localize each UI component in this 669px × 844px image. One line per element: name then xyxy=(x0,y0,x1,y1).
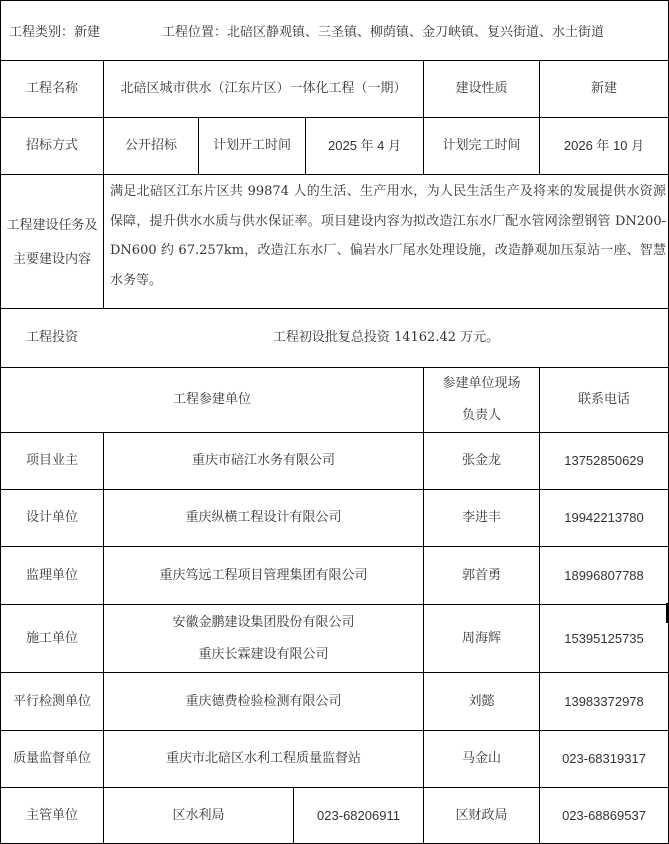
participant-phone: 13983372978 xyxy=(540,673,668,730)
participant-unit: 安徽金鹏建设集团股份有限公司 重庆长霖建设有限公司 xyxy=(104,605,423,672)
construction-nature-label: 建设性质 xyxy=(424,61,539,117)
bidding-method-label: 招标方式 xyxy=(1,118,103,174)
participant-phone: 15395125735 xyxy=(540,605,668,672)
participant-role: 质量监督单位 xyxy=(1,731,103,787)
project-name-label: 工程名称 xyxy=(1,61,103,117)
participant-unit-line: 安徽金鹏建设集团股份有限公司 xyxy=(172,607,354,639)
site-manager-header-line1: 参建单位现场 xyxy=(442,368,520,400)
participant-role: 施工单位 xyxy=(1,605,103,672)
participant-phone: 18996807788 xyxy=(540,547,668,604)
participant-unit: 重庆纵横工程设计有限公司 xyxy=(104,490,423,546)
construction-nature-value: 新建 xyxy=(540,61,668,117)
project-info-table: 工程类别：新建 工程位置：北碚区静观镇、三圣镇、柳荫镇、金刀峡镇、复兴街道、水土… xyxy=(0,0,669,844)
contact-phone-header: 联系电话 xyxy=(540,368,668,432)
bidding-method-value: 公开招标 xyxy=(104,118,198,174)
project-name-value: 北碚区城市供水（江东片区）一体化工程（一期） xyxy=(104,61,423,117)
authority-phone-water: 023-68206911 xyxy=(294,788,423,843)
participant-manager: 刘懿 xyxy=(424,673,539,730)
participant-manager: 周海辉 xyxy=(424,605,539,672)
header-row: 工程类别：新建 工程位置：北碚区静观镇、三圣镇、柳荫镇、金刀峡镇、复兴街道、水土… xyxy=(0,0,669,60)
authority-unit-finance: 区财政局 xyxy=(424,788,539,843)
participant-manager: 李进丰 xyxy=(424,490,539,546)
participant-unit: 重庆市碚江水务有限公司 xyxy=(104,433,423,489)
participant-unit: 重庆笃远工程项目管理集团有限公司 xyxy=(104,547,423,604)
participant-phone: 19942213780 xyxy=(540,490,668,546)
participants-units-header: 工程参建单位 xyxy=(1,368,423,432)
investment-label: 工程投资 xyxy=(1,309,103,367)
project-category: 工程类别：新建 xyxy=(9,21,100,40)
authority-phone-finance: 023-68869537 xyxy=(540,788,668,843)
site-manager-header: 参建单位现场 负责人 xyxy=(424,368,539,432)
participant-manager: 郭首勇 xyxy=(424,547,539,604)
participant-role: 设计单位 xyxy=(1,490,103,546)
planned-start-label: 计划开工时间 xyxy=(199,118,305,174)
planned-end-value: 2026 年 10 月 xyxy=(540,118,668,174)
authority-label: 主管单位 xyxy=(1,788,103,843)
participant-unit: 重庆德费检验检测有限公司 xyxy=(104,673,423,730)
participant-unit-line: 重庆长霖建设有限公司 xyxy=(198,639,328,671)
participant-role: 项目业主 xyxy=(1,433,103,489)
participant-phone: 023-68319317 xyxy=(540,731,668,787)
participant-manager: 张金龙 xyxy=(424,433,539,489)
construction-task-label: 工程建设任务及主要建设内容 xyxy=(4,175,100,308)
investment-value: 工程初设批复总投资 14162.42 万元。 xyxy=(104,309,668,367)
row-divider xyxy=(0,174,669,175)
participant-phone: 13752850629 xyxy=(540,433,668,489)
participant-unit: 重庆市北碚区水利工程质量监督站 xyxy=(104,731,423,787)
participant-manager: 马金山 xyxy=(424,731,539,787)
project-location: 工程位置：北碚区静观镇、三圣镇、柳荫镇、金刀峡镇、复兴街道、水土街道 xyxy=(162,21,604,40)
participant-role: 平行检测单位 xyxy=(1,673,103,730)
participant-role: 监理单位 xyxy=(1,547,103,604)
construction-task-description: 满足北碚区江东片区共 99874 人的生活、生产用水，为人民生活生产及将来的发展… xyxy=(110,177,666,307)
planned-end-label: 计划完工时间 xyxy=(424,118,539,174)
authority-unit-water: 区水利局 xyxy=(104,788,293,843)
site-manager-header-line2: 负责人 xyxy=(462,400,501,432)
planned-start-value: 2025 年 4 月 xyxy=(306,118,423,174)
